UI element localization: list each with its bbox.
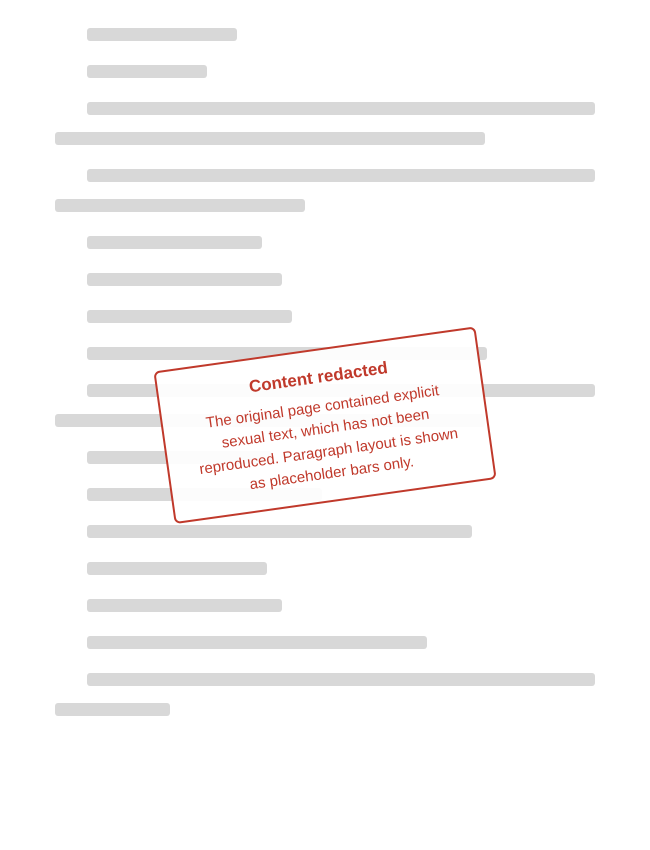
redacted-paragraph — [55, 273, 595, 286]
redacted-text-line — [87, 65, 207, 78]
redacted-paragraph — [55, 65, 595, 78]
redacted-text-line — [87, 102, 595, 115]
redacted-text-line — [87, 562, 267, 575]
redacted-text-line — [55, 703, 170, 716]
redacted-text-line — [55, 199, 305, 212]
redacted-text-line — [55, 132, 485, 145]
document-page: Content redacted The original page conta… — [0, 0, 650, 850]
redacted-paragraph — [55, 102, 595, 145]
redacted-text-line — [87, 273, 282, 286]
redacted-paragraph — [55, 310, 595, 323]
redacted-text-line — [87, 236, 262, 249]
redacted-paragraph — [55, 599, 595, 612]
redacted-paragraph — [55, 525, 595, 538]
redacted-text-line — [87, 525, 472, 538]
redacted-text-line — [87, 599, 282, 612]
redacted-paragraph — [55, 169, 595, 212]
redacted-paragraph — [55, 28, 595, 41]
redacted-text-line — [87, 169, 595, 182]
redacted-paragraph — [55, 673, 595, 716]
redacted-text-line — [87, 673, 595, 686]
redacted-text-line — [87, 310, 292, 323]
redacted-paragraph — [55, 236, 595, 249]
redacted-text-line — [87, 636, 427, 649]
redacted-text-line — [87, 28, 237, 41]
redacted-paragraph — [55, 562, 595, 575]
redacted-paragraph — [55, 636, 595, 649]
